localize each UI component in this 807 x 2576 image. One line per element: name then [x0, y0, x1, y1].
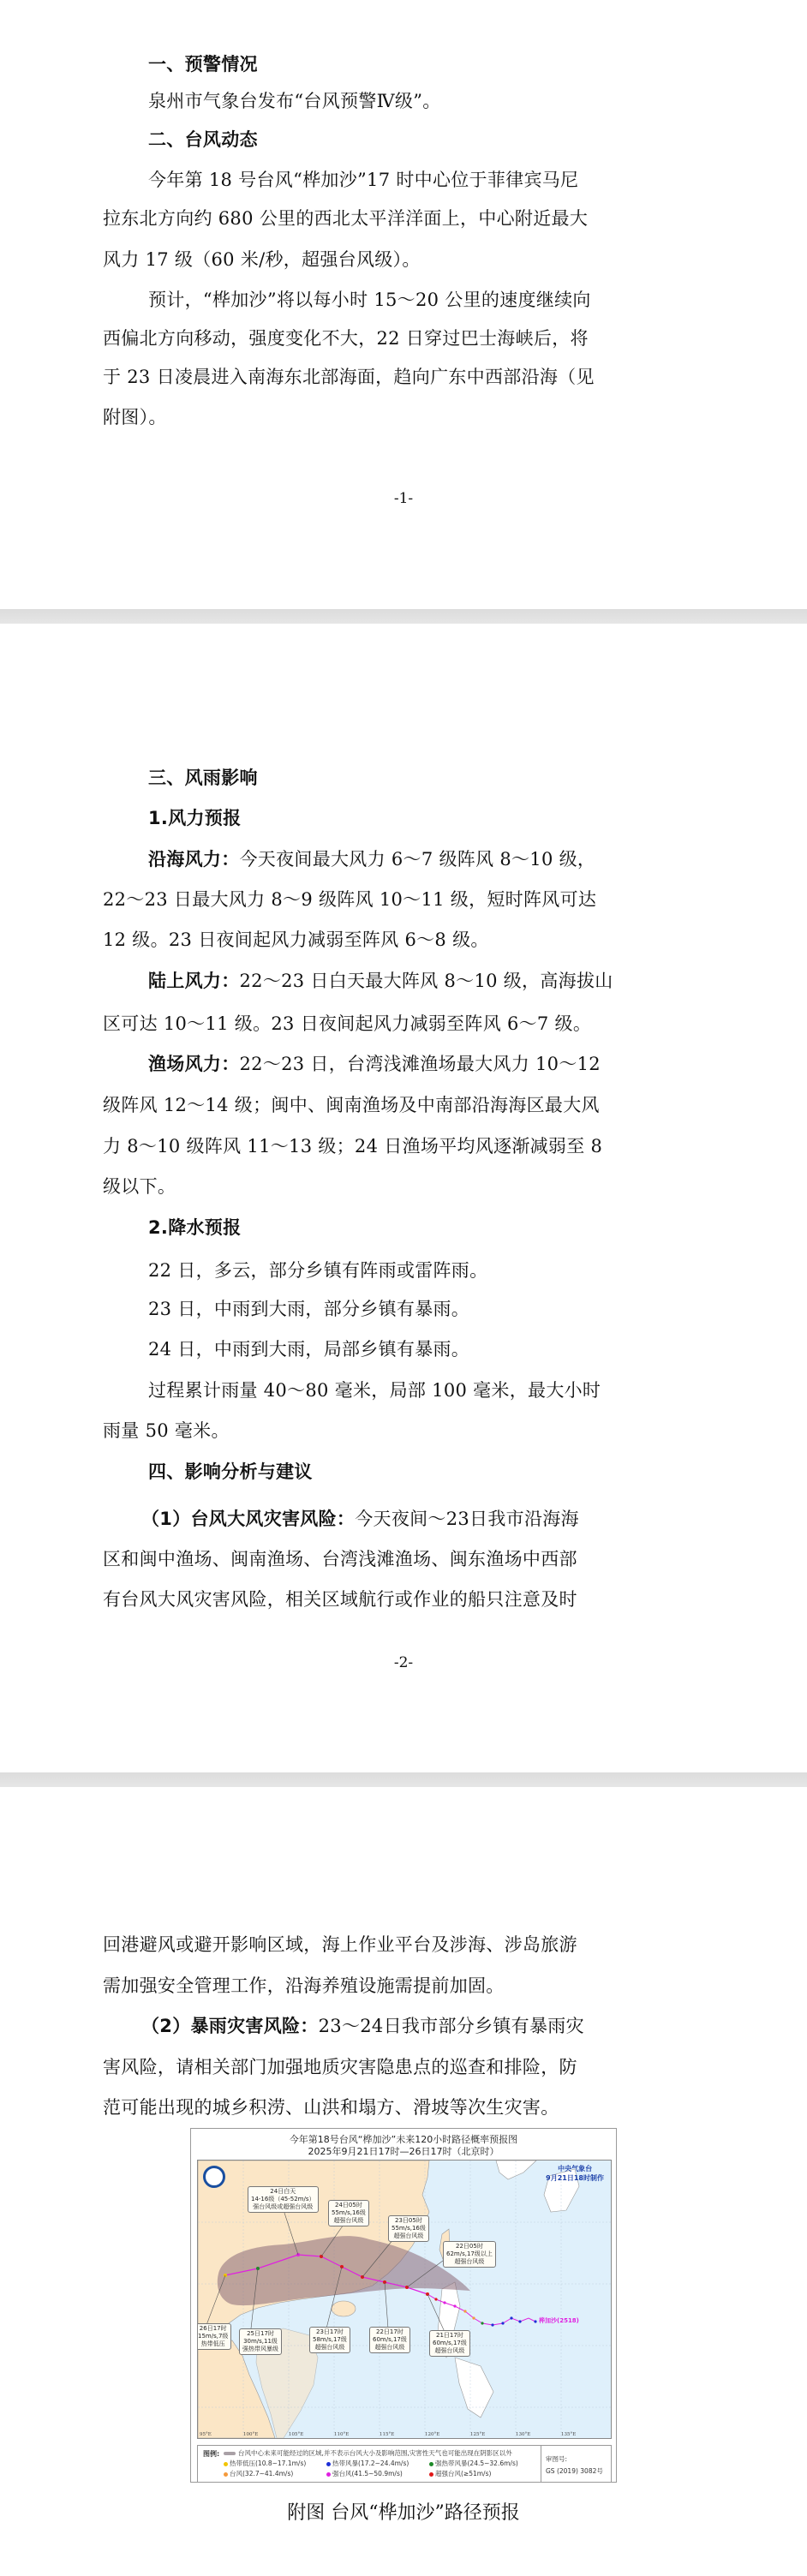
fishery-wind-text: 22～23 日，台湾浅滩渔场最大风力 10～12: [240, 1054, 601, 1074]
land-wind-label: 陆上风力：: [148, 971, 240, 991]
heading-wind-rain-impact: 三、风雨影响: [148, 765, 702, 791]
dot-icon: [326, 2472, 331, 2477]
legend-divider: [541, 2446, 541, 2482]
legend-item: 台风(32.7~41.4m/s): [224, 2469, 326, 2478]
dot-icon: [429, 2462, 433, 2466]
legend-item: 强热带风暴(24.5~32.6m/s): [429, 2459, 532, 2468]
page-number: -2-: [0, 1654, 807, 1671]
cone-icon: [224, 2452, 236, 2455]
legend-item: 热带低压(10.8~17.1m/s): [224, 2459, 326, 2468]
risk2-line: 害风险，请相关部门加强地质灾害隐患点的巡查和排险，防: [103, 2054, 702, 2080]
coastal-wind-line: 22～23 日最大风力 8～9 级阵风 10～11 级，短时阵风可达: [103, 887, 702, 912]
legend-item: 强台风(41.5~50.9m/s): [326, 2469, 429, 2478]
storm-name-label: 桦加沙(2518): [539, 2316, 579, 2325]
dot-icon: [429, 2472, 433, 2477]
issuer-stamp: 中央气象台 9月21日18时制作: [546, 2164, 604, 2183]
warning-text: 泉州市气象台发布“台风预警Ⅳ级”。: [148, 88, 702, 114]
page-separator: [0, 1772, 807, 1787]
rain-line: 雨量 50 毫米。: [103, 1418, 702, 1443]
lon-tick: 105°E: [289, 2432, 303, 2437]
label-24-05: 24日05时55m/s,16级超强台风级: [328, 2200, 369, 2226]
page-1: 一、预警情况 泉州市气象台发布“台风预警Ⅳ级”。 二、台风动态 今年第 18 号…: [0, 0, 807, 609]
track-map: 中央气象台 9月21日18时制作 24日白天14-16级（45-52m/s）强台…: [197, 2160, 612, 2439]
legend-cone: 台风中心未来可能经过的区域,并不表示台风大小及影响范围,灾害性天气也可能出现在阴…: [224, 2448, 512, 2458]
forecast-line: 于 23 日凌晨进入南海东北部海面，趋向广东中西部沿海（见: [103, 364, 702, 390]
label-23-05: 23日05时55m/s,16级超强台风级: [388, 2215, 429, 2242]
heading-typhoon-dynamics: 二、台风动态: [148, 127, 702, 152]
risk2-text: 23～24日我市部分乡镇有暴雨灾: [319, 2016, 584, 2036]
dynamics-line: 风力 17 级（60 米/秒，超强台风级）。: [103, 247, 702, 272]
issue-time: 9月21日18时制作: [546, 2173, 604, 2183]
coastal-wind-label: 沿海风力：: [148, 849, 240, 870]
land-wind-line: 陆上风力：22～23 日白天最大阵风 8～10 级，高海拔山: [148, 968, 702, 994]
coastal-wind-line: 12 级。23 日夜间起风力减弱至阵风 6～8 级。: [103, 927, 702, 953]
lon-tick: 110°E: [334, 2432, 349, 2437]
fishery-wind-line: 级阵风 12～14 级；闽中、闽南渔场及中南部沿海海区最大风: [103, 1092, 702, 1118]
lon-tick: 125°E: [470, 2432, 485, 2437]
risk2-line: 范可能出现的城乡积涝、山洪和塌方、滑坡等次生灾害。: [103, 2095, 702, 2120]
dynamics-line: 拉东北方向约 680 公里的西北太平洋洋面上，中心附近最大: [103, 206, 702, 231]
fishery-wind-line: 力 8～10 级阵风 11～13 级；24 日渔场平均风逐渐减弱至 8: [103, 1133, 702, 1159]
risk1-line: 区和闽中渔场、闽南渔场、台湾浅滩渔场、闽东渔场中西部: [103, 1546, 702, 1572]
page-number: -1-: [0, 490, 807, 507]
lon-tick: 130°E: [516, 2432, 530, 2437]
risk1-line: （1）台风大风灾害风险：今天夜间～23日我市沿海海: [141, 1506, 696, 1532]
fishery-wind-line: 级以下。: [103, 1174, 702, 1199]
heading-impact-analysis: 四、影响分析与建议: [148, 1459, 702, 1485]
rain-line: 过程累计雨量 40～80 毫米，局部 100 毫米，最大小时: [148, 1378, 702, 1403]
page-separator: [0, 609, 807, 624]
label-25-17: 25日17时30m/s,11级强热带风暴级: [239, 2328, 282, 2355]
heading-warning-status: 一、预警情况: [148, 51, 702, 77]
dot-icon: [224, 2472, 228, 2477]
risk1-line: 需加强安全管理工作，沿海养殖设施需提前加固。: [103, 1973, 702, 1999]
risk2-line: （2）暴雨灾害风险：23～24日我市部分乡镇有暴雨灾: [141, 2013, 696, 2039]
map-legend: 图例: 台风中心未来可能经过的区域,并不表示台风大小及影响范围,灾害性天气也可能…: [197, 2445, 612, 2483]
label-21-17: 21日17时60m/s,17级超强台风级: [429, 2330, 470, 2357]
legend-title: 图例:: [203, 2449, 219, 2459]
risk2-label: （2）暴雨灾害风险：: [141, 2016, 319, 2036]
label-24-day: 24日白天14-16级（45-52m/s）强台风级或超强台风级: [248, 2186, 319, 2213]
forecast-line: 西偏北方向移动，强度变化不大，22 日穿过巴士海峡后，将: [103, 326, 702, 351]
rain-line: 23 日，中雨到大雨，部分乡镇有暴雨。: [148, 1296, 702, 1322]
label-22-17: 22日17时60m/s,17级超强台风级: [369, 2327, 410, 2353]
subheading-rain-forecast: 2.降水预报: [148, 1215, 702, 1240]
figure-caption: 附图 台风“桦加沙”路径预报: [0, 2498, 807, 2525]
risk1-line: 有台风大风灾害风险，相关区域航行或作业的船只注意及时: [103, 1587, 702, 1612]
issuer-name: 中央气象台: [546, 2164, 604, 2173]
rain-line: 24 日，中雨到大雨，局部乡镇有暴雨。: [148, 1336, 702, 1362]
risk1-line: 回港避风或避开影响区域，海上作业平台及涉海、涉岛旅游: [103, 1932, 702, 1957]
lon-tick: 135°E: [561, 2432, 576, 2437]
fishery-wind-line: 渔场风力：22～23 日，台湾浅滩渔场最大风力 10～12: [148, 1051, 702, 1077]
subheading-wind-forecast: 1.风力预报: [148, 805, 702, 831]
lon-tick: 115°E: [380, 2432, 394, 2437]
legend-item: 热带风暴(17.2~24.4m/s): [326, 2459, 429, 2468]
legend-item: 超强台风(≥51m/s): [429, 2469, 532, 2478]
label-22-05: 22日05时62m/s,17级以上超强台风级: [443, 2241, 496, 2268]
figure-subtitle: 2025年9月21日17时—26日17时（北京时）: [191, 2144, 616, 2158]
land-wind-text: 22～23 日白天最大阵风 8～10 级，高海拔山: [240, 971, 613, 991]
typhoon-track-map-figure: 今年第18号台风“桦加沙”未来120小时路径概率预报图 2025年9月21日17…: [190, 2128, 617, 2483]
review-number: GS (2019) 3082号: [546, 2466, 603, 2476]
dot-icon: [224, 2462, 228, 2466]
lon-tick: 95°E: [200, 2432, 212, 2437]
label-23-17: 23日17时58m/s,17级超强台风级: [309, 2327, 350, 2353]
forecast-line: 附图）。: [103, 404, 702, 430]
review-label: 审图号:: [546, 2454, 567, 2464]
risk1-text: 今天夜间～23日我市沿海海: [355, 1509, 579, 1529]
risk1-label: （1）台风大风灾害风险：: [141, 1509, 355, 1529]
land-wind-line: 区可达 10～11 级。23 日夜间起风力减弱至阵风 6～7 级。: [103, 1011, 702, 1037]
lon-tick: 100°E: [243, 2432, 258, 2437]
fishery-wind-label: 渔场风力：: [148, 1054, 240, 1074]
coastal-wind-line: 沿海风力：今天夜间最大风力 6～7 级阵风 8～10 级，: [148, 846, 702, 872]
dynamics-line: 今年第 18 号台风“桦加沙”17 时中心位于菲律宾马尼: [148, 167, 702, 193]
lon-tick: 120°E: [425, 2432, 439, 2437]
coastal-wind-text: 今天夜间最大风力 6～7 级阵风 8～10 级，: [240, 849, 596, 870]
rain-line: 22 日，多云，部分乡镇有阵雨或雷阵雨。: [148, 1258, 702, 1283]
label-26-17: 26日17时15m/s,7级热带低压: [197, 2323, 231, 2350]
forecast-line: 预计，“桦加沙”将以每小时 15～20 公里的速度继续向: [148, 287, 702, 313]
dot-icon: [326, 2462, 331, 2466]
cma-logo-icon: [203, 2166, 225, 2188]
